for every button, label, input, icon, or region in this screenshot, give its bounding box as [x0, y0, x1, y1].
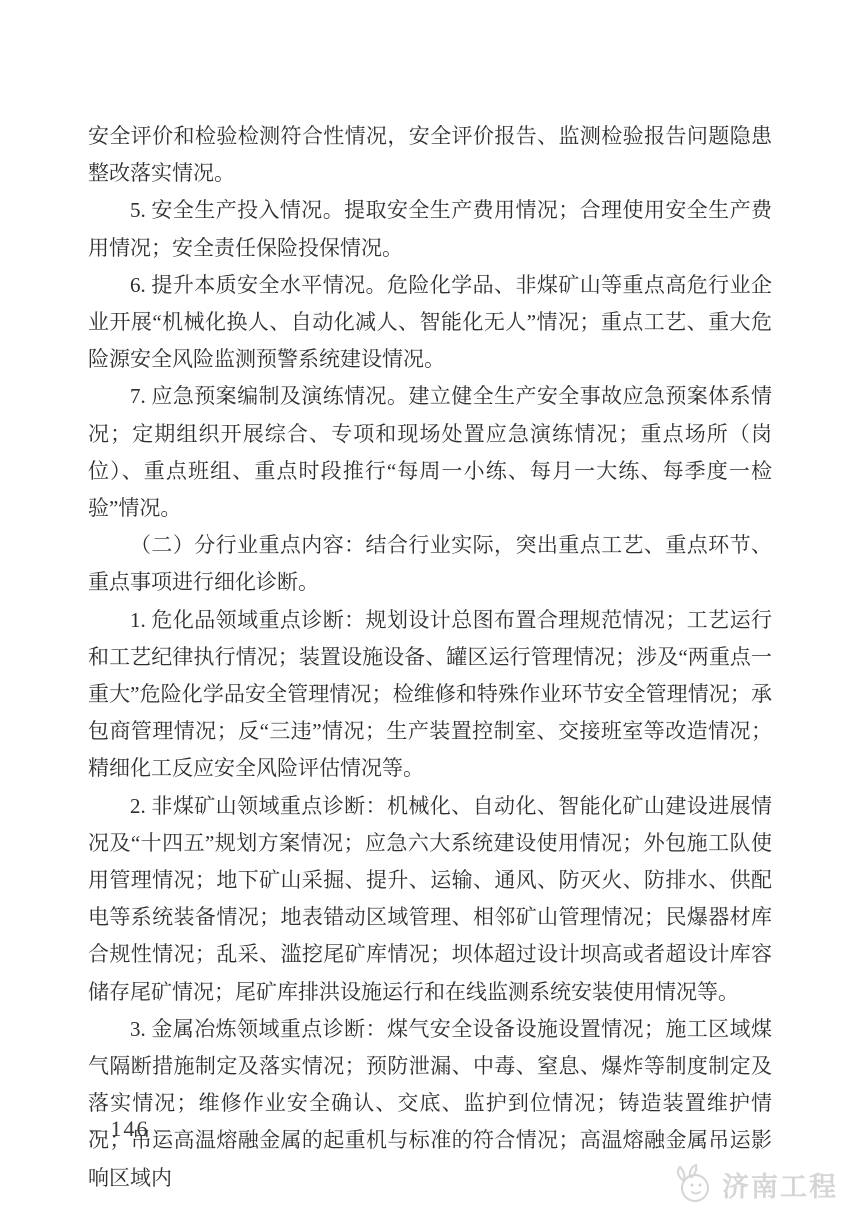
- mascot-logo-icon: [670, 1163, 716, 1205]
- paragraph: 安全评价和检验检测符合性情况，安全评价报告、监测检验报告问题隐患整改落实情况。: [88, 118, 772, 192]
- paragraph: 2. 非煤矿山领域重点诊断：机械化、自动化、智能化矿山建设进展情况及“十四五”规…: [88, 788, 772, 1011]
- page-number: – 146 –: [90, 1116, 170, 1142]
- paragraph: 6. 提升本质安全水平情况。危险化学品、非煤矿山等重点高危行业企业开展“机械化换…: [88, 267, 772, 379]
- document-body: 安全评价和检验检测符合性情况，安全评价报告、监测检验报告问题隐患整改落实情况。5…: [88, 118, 772, 1197]
- watermark-text: 济南工程: [722, 1165, 838, 1204]
- paragraph: 1. 危化品领域重点诊断：规划设计总图布置合理规范情况；工艺运行和工艺纪律执行情…: [88, 602, 772, 788]
- watermark: 济南工程: [670, 1163, 838, 1205]
- document-page: 安全评价和检验检测符合性情况，安全评价报告、监测检验报告问题隐患整改落实情况。5…: [0, 0, 856, 1225]
- paragraph: （二）分行业重点内容：结合行业实际，突出重点工艺、重点环节、重点事项进行细化诊断…: [88, 527, 772, 601]
- paragraph: 5. 安全生产投入情况。提取安全生产费用情况；合理使用安全生产费用情况；安全责任…: [88, 192, 772, 266]
- paragraph: 7. 应急预案编制及演练情况。建立健全生产安全事故应急预案体系情况；定期组织开展…: [88, 378, 772, 527]
